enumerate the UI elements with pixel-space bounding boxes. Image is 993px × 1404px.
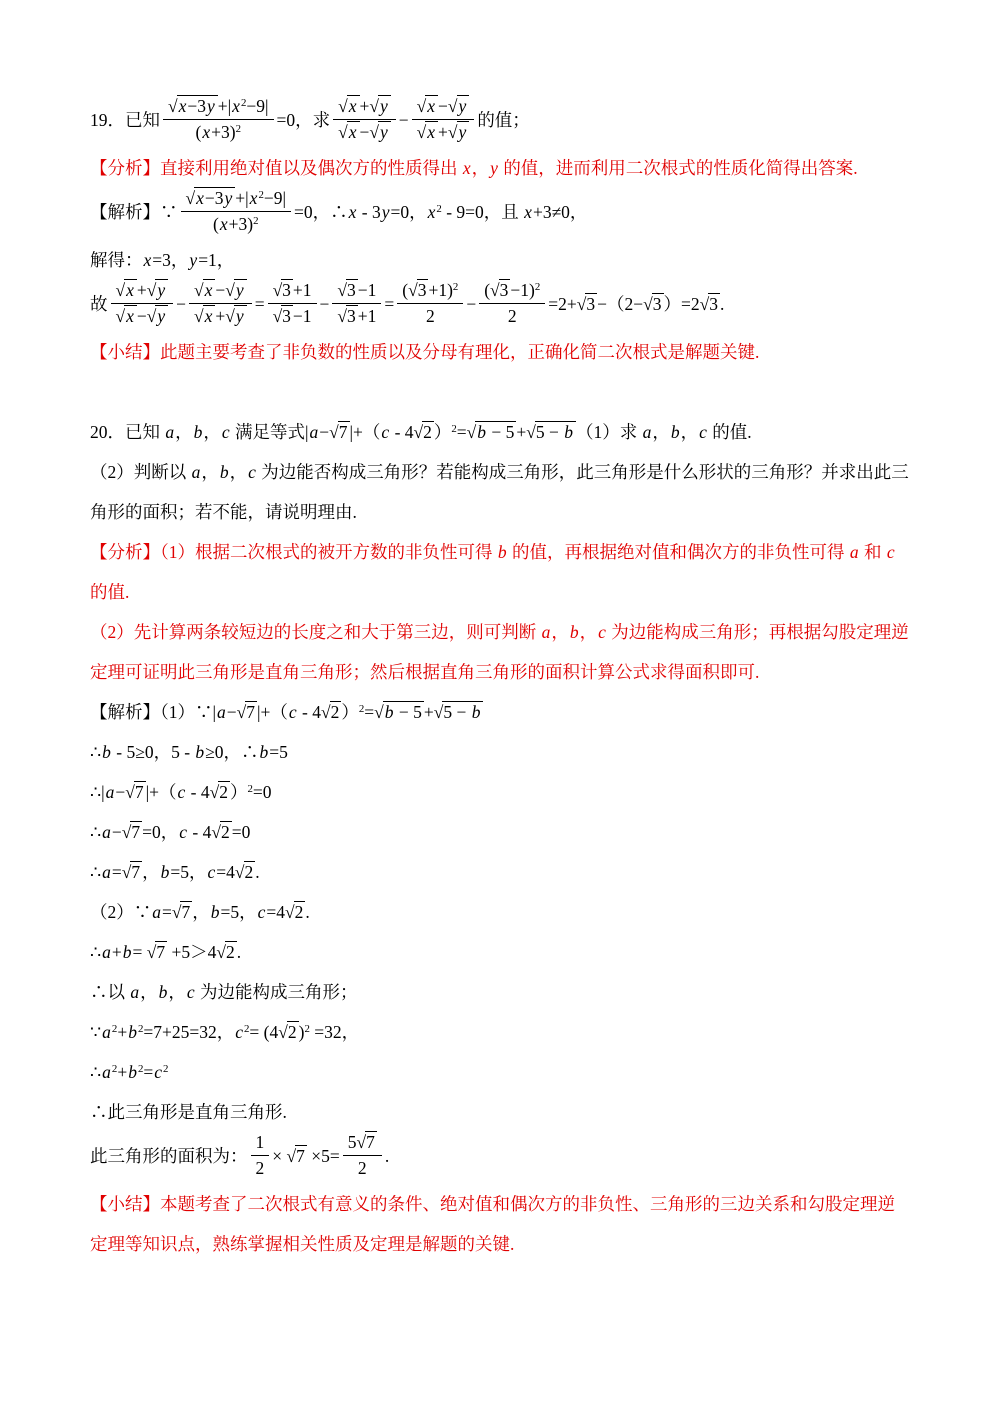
radical: √3 — [577, 293, 597, 314]
math-variable: b — [127, 1062, 138, 1082]
math-variable: a — [151, 902, 162, 922]
math-variable: c — [698, 422, 708, 442]
superscript: 2 — [247, 783, 252, 795]
superscript: 2 — [535, 281, 540, 293]
p20-step-values: ∴a=√7，b=5，c=4√2. — [90, 852, 905, 892]
math-variable: b — [471, 702, 482, 722]
radicand: x — [124, 279, 137, 300]
radicand: x−3y — [194, 187, 235, 208]
fraction-numerator: (√3−1)2 — [479, 279, 545, 304]
radical: √x−3y — [168, 95, 218, 116]
radical: √y — [225, 305, 246, 326]
radicand: 5 − b — [442, 701, 483, 722]
math-variable: y — [235, 306, 245, 326]
math-variable: b — [127, 1022, 138, 1042]
math-variable: x — [201, 122, 211, 142]
radicand: x — [425, 95, 438, 116]
math-variable: y — [235, 280, 245, 300]
math-variable: y — [458, 122, 468, 142]
math-variable: y — [224, 188, 234, 208]
radical: √2 — [211, 821, 231, 842]
radical-sign-icon: √ — [168, 96, 177, 116]
math-variable: c — [153, 1062, 163, 1082]
math-variable: x — [249, 188, 259, 208]
p20-step-triangle: ∴以 a，b，c 为边能构成三角形； — [90, 972, 905, 1012]
math-variable: a — [101, 1022, 112, 1042]
math-variable: c — [221, 422, 231, 442]
p20-step-a2b2c2: ∴a2+b2=c2 — [90, 1052, 905, 1092]
fraction: √3−1√3+1 — [332, 279, 381, 327]
fraction: 12 — [251, 1131, 270, 1179]
radicand: x — [425, 121, 438, 142]
fraction-denominator: √3−1 — [268, 304, 317, 327]
radicand: 2 — [422, 421, 434, 442]
math-variable: b — [259, 742, 270, 762]
math-variable: c — [207, 862, 217, 882]
radicand: 2 — [287, 1021, 299, 1042]
radicand: x — [124, 305, 137, 326]
superscript: 2 — [112, 1063, 117, 1075]
superscript: 2 — [244, 1023, 249, 1035]
radical-sign-icon: √ — [211, 822, 220, 842]
radicand: 5 − b — [535, 421, 576, 442]
radicand: 2 — [220, 821, 232, 842]
fraction-denominator: (x+3)2 — [163, 120, 274, 143]
superscript: 2 — [453, 281, 458, 293]
p20-analysis-2: （2）先计算两条较短边的长度之和大于第三边，则可判断 a，b，c 为边能构成三角… — [90, 612, 905, 652]
p19-evaluation: 故√x+√y√x−√y−√x−√y√x+√y=√3+1√3−1−√3−1√3+1… — [90, 280, 905, 332]
math-variable: a — [309, 422, 320, 442]
math-variable: x — [348, 122, 358, 142]
math-variable: c — [380, 422, 390, 442]
radical-sign-icon: √ — [287, 1146, 296, 1166]
radicand: 7 — [338, 421, 350, 442]
radical: √y — [147, 305, 168, 326]
radical-sign-icon: √ — [337, 306, 346, 326]
math-variable: a — [101, 822, 112, 842]
math-variable: b — [210, 902, 221, 922]
radical-sign-icon: √ — [414, 422, 423, 442]
radical-sign-icon: √ — [448, 122, 457, 142]
math-variable: x — [462, 158, 472, 178]
math-variable: c — [886, 542, 896, 562]
radical: √2 — [414, 421, 434, 442]
fraction: √x+√y√x−√y — [111, 279, 174, 327]
p20-area: 此三角形的面积为：12× √7 ×5=5√72. — [90, 1132, 905, 1184]
fraction-denominator: 2 — [343, 1156, 382, 1179]
fraction-numerator: √x−√y — [412, 95, 475, 120]
radicand: 3 — [281, 305, 293, 326]
radical: √y — [369, 95, 390, 116]
document-page: 19．已知√x−3y+|x2−9|(x+3)2=0，求√x+√y√x−√y−√x… — [0, 0, 993, 1264]
p19-analysis: 【分析】直接利用绝对值以及偶次方的性质得出 x，y 的值，进而利用二次根式的性质… — [90, 148, 905, 188]
p20-summary: 【小结】本题考查了二次根式有意义的条件、绝对值和偶次方的非负性、三角形的三边关系… — [90, 1184, 905, 1224]
radical-sign-icon: √ — [216, 942, 225, 962]
radicand: 3 — [281, 279, 293, 300]
radical: √7 — [172, 901, 192, 922]
fraction-denominator: √x−√y — [111, 304, 174, 327]
radicand: 3 — [499, 279, 511, 300]
radicand: y — [378, 95, 391, 116]
p20-step-abs-zero: ∴|a−√7|+（c - 4√2）2=0 — [90, 772, 905, 812]
radicand: y — [234, 305, 247, 326]
superscript: 2 — [138, 1023, 143, 1035]
radical-sign-icon: √ — [225, 306, 234, 326]
radicand: 3 — [708, 293, 720, 314]
math-variable: a — [164, 422, 175, 442]
radicand: 3 — [346, 279, 358, 300]
radical-sign-icon: √ — [417, 96, 426, 116]
math-variable: a — [101, 862, 112, 882]
radicand: 7 — [155, 941, 167, 962]
math-variable: x — [125, 280, 135, 300]
p20-part2-given: （2）∵a=√7，b=5，c=4√2. — [90, 892, 905, 932]
radical: √y — [369, 121, 390, 142]
problem-19: 19．已知√x−3y+|x2−9|(x+3)2=0，求√x+√y√x−√y−√x… — [90, 96, 905, 148]
radicand: b − 5 — [383, 701, 424, 722]
radicand: y — [234, 279, 247, 300]
math-variable: a — [191, 462, 202, 482]
math-variable: c — [234, 1022, 244, 1042]
radical: √7 — [356, 1131, 376, 1152]
math-variable: x — [231, 96, 241, 116]
radical: √b − 5 — [467, 421, 517, 442]
radical-sign-icon: √ — [356, 1132, 365, 1152]
fraction-denominator: (x+3)2 — [181, 212, 292, 235]
math-variable: c — [178, 822, 188, 842]
radical-sign-icon: √ — [374, 702, 383, 722]
fraction: (√3+1)22 — [397, 279, 463, 327]
radical: √3 — [408, 279, 428, 300]
fraction-denominator: 2 — [479, 304, 545, 327]
p20-analysis-1-cont: 的值. — [90, 572, 905, 612]
radical-sign-icon: √ — [417, 122, 426, 142]
math-variable: x — [204, 306, 214, 326]
fraction-denominator: √x+√y — [412, 120, 475, 143]
fraction-numerator: √3−1 — [332, 279, 381, 304]
math-variable: b — [158, 982, 169, 1002]
radical-sign-icon: √ — [329, 422, 338, 442]
radicand: 2 — [225, 941, 237, 962]
fraction-numerator: √x−3y+|x2−9| — [181, 187, 292, 212]
superscript: 2 — [112, 1023, 117, 1035]
fraction: √x−3y+|x2−9|(x+3)2 — [163, 95, 274, 143]
radicand: 7 — [130, 821, 142, 842]
radicand: 7 — [295, 1145, 307, 1166]
math-variable: a — [642, 422, 653, 442]
fraction-numerator: √x+√y — [333, 95, 396, 120]
radical-sign-icon: √ — [186, 188, 195, 208]
radicand: 7 — [245, 701, 257, 722]
radicand: 7 — [365, 1131, 377, 1152]
math-variable: y — [206, 96, 216, 116]
radical-sign-icon: √ — [194, 306, 203, 326]
math-variable: a — [101, 1062, 112, 1082]
radicand: y — [378, 121, 391, 142]
math-variable: x — [125, 306, 135, 326]
radical-sign-icon: √ — [369, 96, 378, 116]
radical: √x — [338, 121, 359, 142]
radicand: y — [457, 95, 470, 116]
math-variable: x — [348, 202, 358, 222]
math-variable: b — [101, 742, 112, 762]
radicand: 3 — [346, 305, 358, 326]
document-body: 19．已知√x−3y+|x2−9|(x+3)2=0，求√x+√y√x−√y−√x… — [90, 96, 905, 1264]
math-variable: x — [426, 96, 436, 116]
radical: √2 — [210, 781, 230, 802]
math-variable: b — [122, 942, 133, 962]
math-variable: a — [849, 542, 860, 562]
fraction: 5√72 — [343, 1131, 382, 1179]
radicand: 7 — [180, 901, 192, 922]
radical: √3 — [273, 305, 293, 326]
fraction-denominator: √x+√y — [189, 304, 252, 327]
radical-sign-icon: √ — [338, 122, 347, 142]
superscript: 2 — [359, 703, 364, 715]
radical-sign-icon: √ — [210, 782, 219, 802]
radical: √7 — [287, 1145, 307, 1166]
radical: √x — [194, 279, 215, 300]
superscript: 2 — [436, 203, 441, 215]
math-variable: a — [101, 942, 112, 962]
radical: √b − 5 — [374, 701, 424, 722]
radical: √2 — [278, 1021, 298, 1042]
radicand: x — [347, 121, 360, 142]
math-variable: x — [523, 202, 533, 222]
math-variable: a — [216, 702, 227, 722]
radical: √5 − b — [434, 701, 484, 722]
radical: √y — [448, 95, 469, 116]
radical-sign-icon: √ — [278, 1022, 287, 1042]
math-variable: y — [379, 122, 389, 142]
radicand: 7 — [134, 781, 146, 802]
math-variable: b — [194, 742, 205, 762]
math-variable: b — [670, 422, 681, 442]
radical: √3 — [337, 279, 357, 300]
radical-sign-icon: √ — [237, 702, 246, 722]
fraction: √x−√y√x+√y — [189, 279, 252, 327]
superscript: 2 — [163, 1063, 168, 1075]
radical: √2 — [321, 701, 341, 722]
radical: √x — [116, 305, 137, 326]
radical-sign-icon: √ — [225, 280, 234, 300]
radical: √x−3y — [186, 187, 236, 208]
radical-sign-icon: √ — [321, 702, 330, 722]
fraction: √x−3y+|x2−9|(x+3)2 — [181, 187, 292, 235]
math-variable: x — [219, 214, 229, 234]
fraction-numerator: √x+√y — [111, 279, 174, 304]
math-variable: x — [204, 280, 214, 300]
radical-sign-icon: √ — [408, 280, 417, 300]
math-variable: x — [195, 188, 205, 208]
radical: √x — [417, 121, 438, 142]
math-variable: b — [497, 542, 508, 562]
math-variable: x — [426, 122, 436, 142]
superscript: 2 — [138, 1063, 143, 1075]
fraction-numerator: (√3+1)2 — [397, 279, 463, 304]
radicand: 2 — [218, 781, 230, 802]
radical: √2 — [216, 941, 236, 962]
radical: √2 — [285, 901, 305, 922]
math-variable: y — [381, 202, 391, 222]
math-variable: c — [597, 622, 607, 642]
radical-sign-icon: √ — [467, 422, 476, 442]
fraction-numerator: √x−3y+|x2−9| — [163, 95, 274, 120]
fraction: √3+1√3−1 — [268, 279, 317, 327]
radical-sign-icon: √ — [116, 306, 125, 326]
math-variable: x — [178, 96, 188, 116]
problem-20-part2: （2）判断以 a，b，c 为边能否构成三角形？若能构成三角形，此三角形是什么形状… — [90, 452, 905, 492]
radicand: x — [347, 95, 360, 116]
math-variable: c — [247, 462, 257, 482]
radical-sign-icon: √ — [338, 96, 347, 116]
radical: √7 — [329, 421, 349, 442]
radicand: 2 — [330, 701, 342, 722]
radical: √3 — [643, 293, 663, 314]
superscript: 2 — [304, 1023, 309, 1035]
fraction: √x−√y√x+√y — [412, 95, 475, 143]
superscript: 2 — [253, 215, 258, 227]
radicand: 7 — [130, 861, 142, 882]
p20-step-right-triangle: ∴此三角形是直角三角形. — [90, 1092, 905, 1132]
math-variable: b — [219, 462, 230, 482]
radicand: 3 — [417, 279, 429, 300]
p20-step-sum: ∴a+b= √7 +5＞4√2. — [90, 932, 905, 972]
radical: √x — [417, 95, 438, 116]
radical: √3 — [490, 279, 510, 300]
math-variable: x — [427, 202, 437, 222]
math-variable: y — [188, 250, 198, 270]
fraction-denominator: √3+1 — [332, 304, 381, 327]
radical: √y — [147, 279, 168, 300]
math-variable: a — [105, 782, 116, 802]
radical-sign-icon: √ — [369, 122, 378, 142]
radical-sign-icon: √ — [337, 280, 346, 300]
p19-solution-step-1: 【解析】∵√x−3y+|x2−9|(x+3)2=0，∴x - 3y=0，x2 -… — [90, 188, 905, 240]
math-variable: y — [156, 306, 166, 326]
superscript: 2 — [258, 189, 263, 201]
radical-sign-icon: √ — [235, 862, 244, 882]
problem-20: 20．已知 a，b，c 满足等式|a−√7|+（c - 4√2）2=√b − 5… — [90, 412, 905, 452]
radical-sign-icon: √ — [273, 280, 282, 300]
radical-sign-icon: √ — [285, 902, 294, 922]
superscript: 2 — [451, 423, 456, 435]
radicand: 3 — [652, 293, 664, 314]
math-variable: y — [156, 280, 166, 300]
radicand: y — [457, 121, 470, 142]
p20-step-pythagoras: ∵a2+b2=7+25=32，c2= (4√2)2 =32， — [90, 1012, 905, 1052]
radical-sign-icon: √ — [526, 422, 535, 442]
radical: √3 — [700, 293, 720, 314]
radicand: x−3y — [177, 95, 218, 116]
p19-solve-values: 解得：x=3，y=1， — [90, 240, 905, 280]
radicand: x — [203, 279, 216, 300]
math-variable: b — [193, 422, 204, 442]
radical: √7 — [122, 821, 142, 842]
math-variable: c — [177, 782, 187, 802]
math-variable: b — [160, 862, 171, 882]
math-variable: x — [143, 250, 153, 270]
superscript: 2 — [241, 97, 246, 109]
math-variable: a — [541, 622, 552, 642]
problem-20-part2-cont: 角形的面积；若不能，请说明理由. — [90, 492, 905, 532]
p20-analysis-1: 【分析】（1）根据二次根式的被开方数的非负性可得 b 的值，再根据绝对值和偶次方… — [90, 532, 905, 572]
fraction: √x+√y√x−√y — [333, 95, 396, 143]
math-variable: c — [186, 982, 196, 1002]
radicand: b − 5 — [475, 421, 516, 442]
p20-summary-cont: 定理等知识点，熟练掌握相关性质及定理是解题的关键. — [90, 1224, 905, 1264]
fraction-denominator: 2 — [397, 304, 463, 327]
radical-sign-icon: √ — [643, 294, 652, 314]
math-variable: b — [569, 622, 580, 642]
p20-solution-1: 【解析】（1）∵|a−√7|+（c - 4√2）2=√b − 5+√5 − b — [90, 692, 905, 732]
math-variable: y — [489, 158, 499, 178]
radical-sign-icon: √ — [194, 280, 203, 300]
radical: √x — [338, 95, 359, 116]
radical-sign-icon: √ — [700, 294, 709, 314]
math-variable: y — [458, 96, 468, 116]
radical: √3 — [337, 305, 357, 326]
fraction-numerator: √x−√y — [189, 279, 252, 304]
radical-sign-icon: √ — [490, 280, 499, 300]
superscript: 2 — [236, 123, 241, 135]
radical: √2 — [235, 861, 255, 882]
math-variable: c — [257, 902, 267, 922]
radicand: x — [203, 305, 216, 326]
math-variable: y — [379, 96, 389, 116]
math-variable: a — [129, 982, 140, 1002]
fraction: (√3−1)22 — [479, 279, 545, 327]
math-variable: b — [476, 422, 487, 442]
radicand: 2 — [244, 861, 256, 882]
fraction-numerator: 5√7 — [343, 1131, 382, 1156]
math-variable: x — [348, 96, 358, 116]
radical-sign-icon: √ — [273, 306, 282, 326]
p19-summary: 【小结】此题主要考查了非负数的性质以及分母有理化，正确化简二次根式是解题关键. — [90, 332, 905, 372]
radical: √y — [448, 121, 469, 142]
p20-step-b-bounds: ∴b - 5≥0，5 - b≥0，∴b=5 — [90, 732, 905, 772]
radicand: 3 — [585, 293, 597, 314]
radical: √7 — [125, 781, 145, 802]
fraction-denominator: √x−√y — [333, 120, 396, 143]
radical: √x — [116, 279, 137, 300]
math-variable: b — [563, 422, 574, 442]
radical: √y — [225, 279, 246, 300]
radical: √x — [194, 305, 215, 326]
radical-sign-icon: √ — [448, 96, 457, 116]
radicand: y — [155, 305, 168, 326]
radical: √7 — [122, 861, 142, 882]
math-variable: c — [288, 702, 298, 722]
radical-sign-icon: √ — [125, 782, 134, 802]
radicand: 2 — [294, 901, 306, 922]
math-variable: b — [384, 702, 395, 722]
fraction-numerator: √3+1 — [268, 279, 317, 304]
radical: √7 — [237, 701, 257, 722]
radical-sign-icon: √ — [116, 280, 125, 300]
fraction-denominator: 2 — [251, 1156, 270, 1179]
radicand: y — [155, 279, 168, 300]
radical: √5 − b — [526, 421, 576, 442]
p20-analysis-2-cont: 定理可证明此三角形是直角三角形；然后根据直角三角形的面积计算公式求得面积即可. — [90, 652, 905, 692]
p20-step-eq-zero: ∴a−√7=0，c - 4√2=0 — [90, 812, 905, 852]
radical: √3 — [273, 279, 293, 300]
fraction-numerator: 1 — [251, 1131, 270, 1156]
radical: √7 — [147, 941, 167, 962]
